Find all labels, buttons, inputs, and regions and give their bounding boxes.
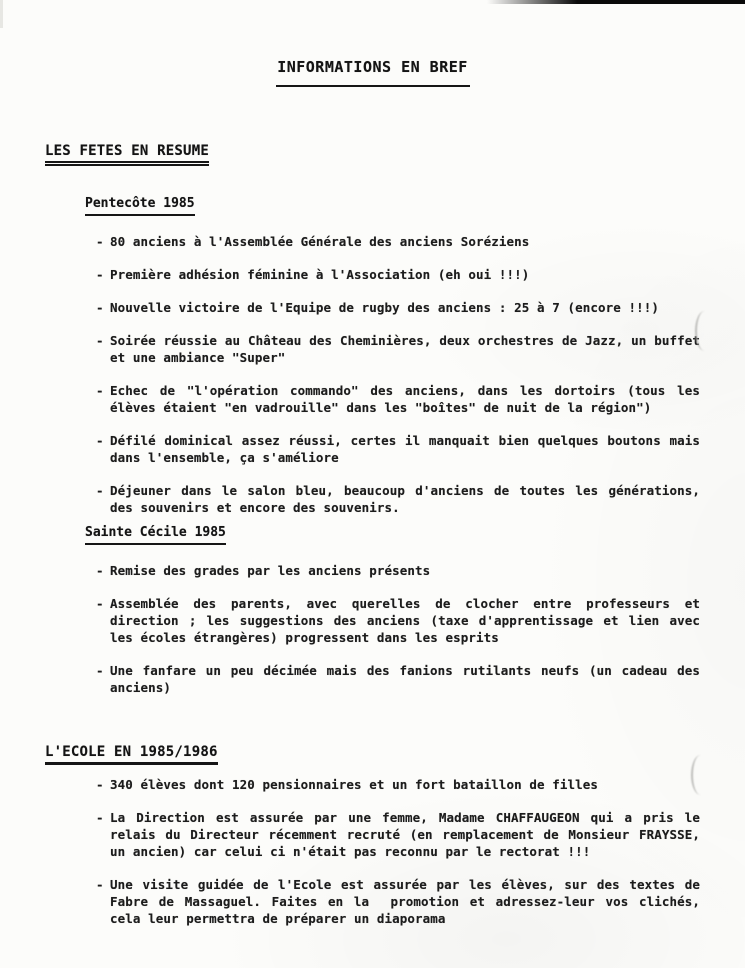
scanned-page: INFORMATIONS EN BREF LES FETES EN RESUME…: [0, 0, 745, 968]
bullet-text: Remise des grades par les anciens présen…: [110, 562, 700, 579]
bullet-text: Nouvelle victoire de l'Equipe de rugby d…: [110, 299, 700, 316]
binder-ring-shadow: [695, 311, 714, 351]
bullet-line: les écoles étrangères) progressent dans …: [110, 629, 700, 646]
section-heading: L'ECOLE EN 1985/1986: [45, 744, 218, 765]
bullet-dash: -: [96, 432, 110, 466]
list-item: -Remise des grades par les anciens prése…: [96, 562, 745, 579]
bullet-list: -80 anciens à l'Assemblée Générale des a…: [96, 233, 745, 516]
bullet-line: Une visite guidée de l'Ecole est assurée…: [110, 876, 700, 893]
bullet-list: -340 élèves dont 120 pensionnaires et un…: [96, 776, 745, 927]
subsection-heading: Sainte Cécile 1985: [85, 525, 226, 545]
bullet-dash: -: [96, 299, 110, 316]
bullet-line: Remise des grades par les anciens présen…: [110, 562, 700, 579]
bullet-line: des souvenirs et encore des souvenirs.: [110, 499, 700, 516]
bullet-text: 340 élèves dont 120 pensionnaires et un …: [110, 776, 700, 793]
bullet-line: dans l'ensemble, ça s'améliore: [110, 449, 700, 466]
bullet-line: Première adhésion féminine à l'Associati…: [110, 266, 700, 283]
bullet-line: Déjeuner dans le salon bleu, beaucoup d'…: [110, 482, 700, 499]
bullet-dash: -: [96, 776, 110, 793]
bullet-line: Soirée réussie au Château des Cheminière…: [110, 332, 700, 349]
bullet-line: direction ; les suggestions des anciens …: [110, 612, 700, 629]
bullet-line: Echec de "l'opération commando" des anci…: [110, 382, 700, 399]
bullet-line: anciens): [110, 679, 700, 696]
document-body: LES FETES EN RESUMEPentecôte 1985-80 anc…: [0, 143, 745, 927]
bullet-line: Défilé dominical assez réussi, certes il…: [110, 432, 700, 449]
list-item: -Une fanfare un peu décimée mais des fan…: [96, 662, 745, 696]
list-item: -Echec de "l'opération commando" des anc…: [96, 382, 745, 416]
list-item: -Une visite guidée de l'Ecole est assuré…: [96, 876, 745, 927]
bullet-line: 340 élèves dont 120 pensionnaires et un …: [110, 776, 700, 793]
list-item: -Nouvelle victoire de l'Equipe de rugby …: [96, 299, 745, 316]
bullet-dash: -: [96, 662, 110, 696]
binder-ring-shadow: [691, 755, 710, 795]
bullet-line: Nouvelle victoire de l'Equipe de rugby d…: [110, 299, 700, 316]
document-section: LES FETES EN RESUMEPentecôte 1985-80 anc…: [0, 143, 745, 696]
list-item: -Défilé dominical assez réussi, certes i…: [96, 432, 745, 466]
bullet-line: Fabre de Massaguel. Faites en la promoti…: [110, 893, 700, 910]
scan-edge-artifact: [0, 0, 3, 28]
section-heading: LES FETES EN RESUME: [45, 143, 209, 166]
bullet-text: Défilé dominical assez réussi, certes il…: [110, 432, 700, 466]
bullet-dash: -: [96, 595, 110, 646]
bullet-text: Echec de "l'opération commando" des anci…: [110, 382, 700, 416]
bullet-dash: -: [96, 482, 110, 516]
list-item: -Première adhésion féminine à l'Associat…: [96, 266, 745, 283]
bullet-text: La Direction est assurée par une femme, …: [110, 809, 700, 860]
bullet-dash: -: [96, 562, 110, 579]
scan-edge-artifact: [487, 0, 745, 4]
bullet-text: Première adhésion féminine à l'Associati…: [110, 266, 700, 283]
list-item: -Déjeuner dans le salon bleu, beaucoup d…: [96, 482, 745, 516]
bullet-dash: -: [96, 809, 110, 860]
bullet-dash: -: [96, 876, 110, 927]
bullet-text: Assemblée des parents, avec querelles de…: [110, 595, 700, 646]
bullet-line: et une ambiance "Super": [110, 349, 700, 366]
list-item: -La Direction est assurée par une femme,…: [96, 809, 745, 860]
title-underline: [276, 85, 470, 87]
document-header: INFORMATIONS EN BREF: [0, 0, 745, 87]
bullet-text: 80 anciens à l'Assemblée Générale des an…: [110, 233, 700, 250]
list-item: -Assemblée des parents, avec querelles d…: [96, 595, 745, 646]
bullet-dash: -: [96, 382, 110, 416]
bullet-text: Déjeuner dans le salon bleu, beaucoup d'…: [110, 482, 700, 516]
page-title: INFORMATIONS EN BREF: [277, 58, 468, 76]
bullet-text: Soirée réussie au Château des Cheminière…: [110, 332, 700, 366]
document-section: L'ECOLE EN 1985/1986-340 élèves dont 120…: [0, 744, 745, 927]
list-item: -Soirée réussie au Château des Cheminièr…: [96, 332, 745, 366]
bullet-list: -Remise des grades par les anciens prése…: [96, 562, 745, 696]
bullet-line: Une fanfare un peu décimée mais des fani…: [110, 662, 700, 679]
bullet-line: élèves étaient "en vadrouille" dans les …: [110, 399, 700, 416]
subsection-heading: Pentecôte 1985: [85, 196, 195, 216]
bullet-line: cela leur permettra de préparer un diapo…: [110, 910, 700, 927]
bullet-line: 80 anciens à l'Assemblée Générale des an…: [110, 233, 700, 250]
list-item: -340 élèves dont 120 pensionnaires et un…: [96, 776, 745, 793]
bullet-line: un ancien) car celui ci n'était pas reco…: [110, 843, 700, 860]
bullet-dash: -: [96, 266, 110, 283]
bullet-line: La Direction est assurée par une femme, …: [110, 809, 700, 826]
bullet-text: Une fanfare un peu décimée mais des fani…: [110, 662, 700, 696]
bullet-line: relais du Directeur récemment recruté (e…: [110, 826, 700, 843]
bullet-text: Une visite guidée de l'Ecole est assurée…: [110, 876, 700, 927]
bullet-dash: -: [96, 233, 110, 250]
bullet-line: Assemblée des parents, avec querelles de…: [110, 595, 700, 612]
list-item: -80 anciens à l'Assemblée Générale des a…: [96, 233, 745, 250]
bullet-dash: -: [96, 332, 110, 366]
